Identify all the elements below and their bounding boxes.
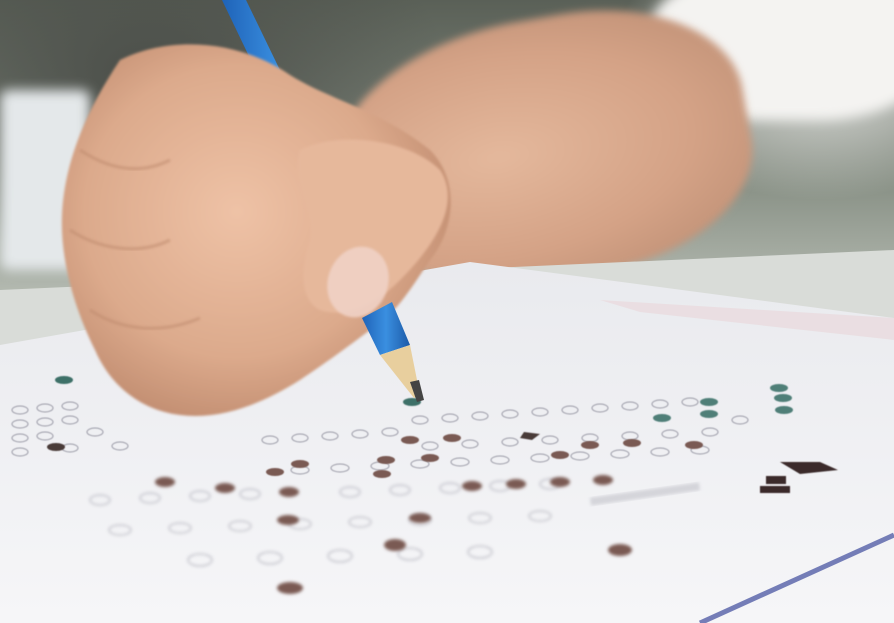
- photo-scene: [0, 0, 894, 623]
- hand-with-pencil: [0, 0, 894, 623]
